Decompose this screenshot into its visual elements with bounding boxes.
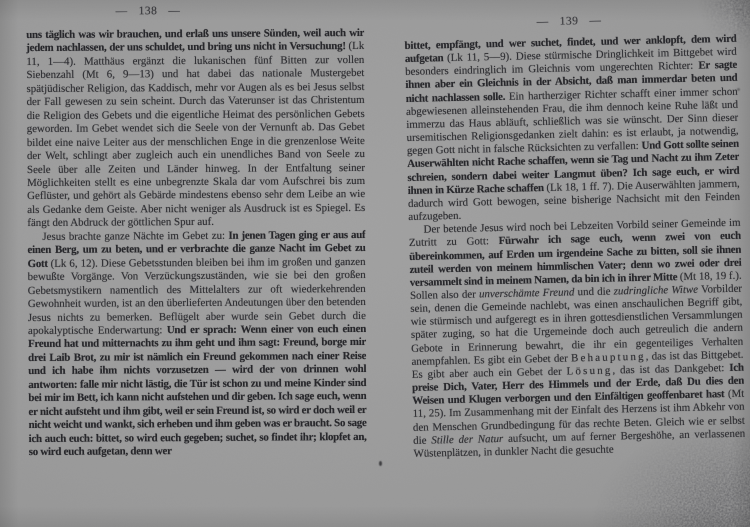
dust-speck [379, 461, 382, 466]
right-page-header: —139— [404, 11, 734, 33]
right-page: —139— bittet, empfängt, und wer suchet, … [404, 11, 747, 520]
header-dash: — [116, 4, 128, 19]
text-segment: , das ist das Dankgebet: [612, 362, 729, 377]
text-segment: Jesus brachte ganze Nächte im Gebet zu: [42, 230, 228, 243]
paragraph: uns täglich was wir brauchen, und erlaß … [26, 27, 365, 231]
left-page-number: 138 [139, 5, 158, 17]
text-segment: Behauptung [571, 351, 646, 365]
text-segment: Lösung [566, 364, 612, 377]
paragraph: Der betende Jesus wird noch bei Lebzeite… [408, 217, 745, 461]
text-segment: Und er sprach: Wenn einer von euch einen… [28, 323, 367, 458]
right-page-number: 139 [560, 15, 579, 27]
paragraph: bittet, empfängt, und wer suchet, findet… [404, 33, 740, 224]
text-segment: (Lk 11, 1—4). Matthäus ergänzt die lukan… [26, 40, 365, 229]
text-segment: unverschämte Freund [479, 286, 575, 300]
text-segment: Stille der Natur [431, 433, 503, 447]
right-page-text: bittet, empfängt, und wer suchet, findet… [404, 33, 746, 520]
text-segment: und die [574, 285, 614, 298]
paragraph: Jesus brachte ganze Nächte im Gebet zu: … [27, 229, 366, 460]
left-page: —138— uns täglich was wir brauchen, und … [26, 3, 367, 520]
header-dash: — [168, 4, 180, 19]
header-dash: — [537, 15, 549, 30]
left-page-header: —138— [26, 4, 270, 20]
text-segment: uns täglich was wir brauchen, und erlaß … [26, 27, 364, 55]
book-scan: —138— uns täglich was wir brauchen, und … [0, 0, 750, 527]
text-segment: zudringliche Witwe [614, 284, 699, 298]
header-dash: — [589, 14, 601, 29]
dust-speck [737, 88, 740, 91]
left-page-text: uns täglich was wir brauchen, und erlaß … [26, 27, 367, 520]
